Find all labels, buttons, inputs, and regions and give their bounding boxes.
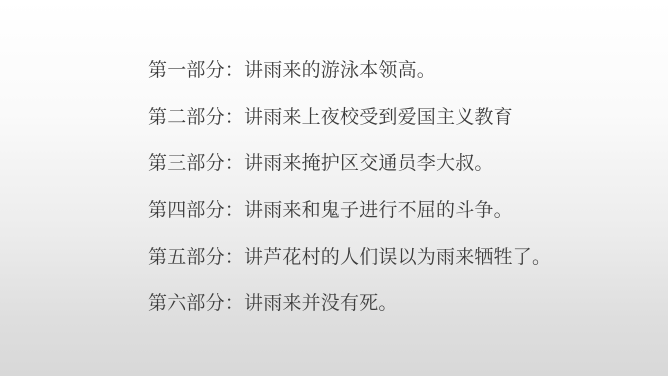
slide-line-part-2: 第二部分：讲雨来上夜校受到爱国主义教育 (148, 95, 648, 142)
slide-text-block: 第一部分：讲雨来的游泳本领高。 第二部分：讲雨来上夜校受到爱国主义教育 第三部分… (148, 48, 648, 328)
slide-line-part-6: 第六部分：讲雨来并没有死。 (148, 281, 648, 328)
slide-line-part-4: 第四部分：讲雨来和鬼子进行不屈的斗争。 (148, 188, 648, 235)
slide-line-part-3: 第三部分：讲雨来掩护区交通员李大叔。 (148, 141, 648, 188)
slide-line-part-1: 第一部分：讲雨来的游泳本领高。 (148, 48, 648, 95)
slide-line-part-5: 第五部分：讲芦花村的人们误以为雨来牺牲了。 (148, 235, 648, 282)
slide: 第一部分：讲雨来的游泳本领高。 第二部分：讲雨来上夜校受到爱国主义教育 第三部分… (0, 0, 668, 376)
